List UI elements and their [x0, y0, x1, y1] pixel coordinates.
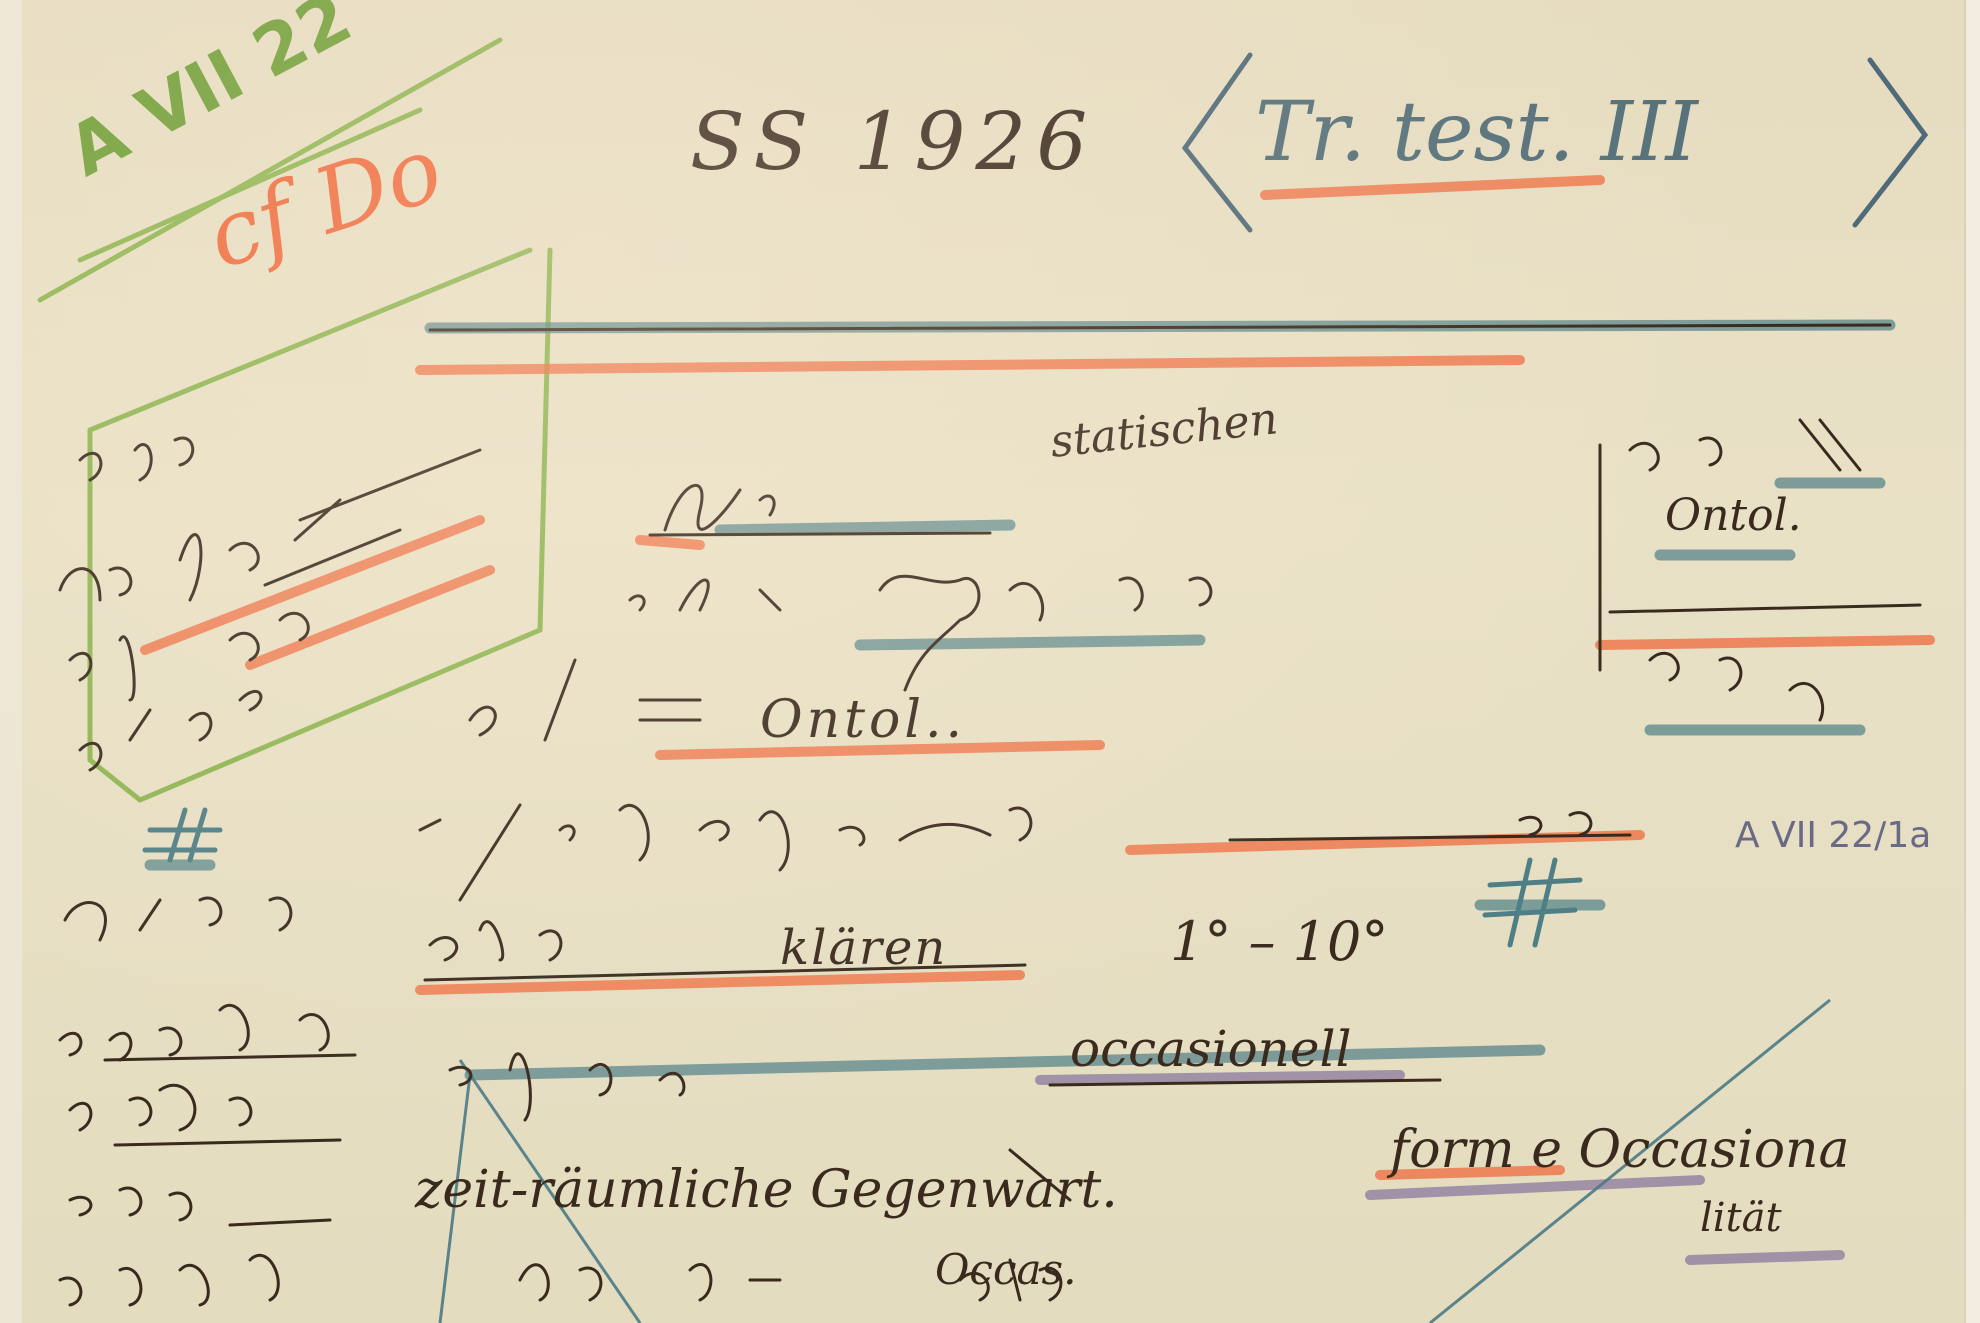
word-occasionell: occasionell	[1070, 1020, 1351, 1078]
hash-marks	[145, 810, 1580, 945]
word-klaeren: klären	[780, 920, 947, 976]
archive-number: A VII 22/1a	[1735, 815, 1931, 856]
semester-heading: SS 1926	[690, 95, 1097, 188]
paper-right-edge	[1964, 0, 1980, 1323]
manuscript-page: SS 1926 Tr. test. III A VII 22 cf Do A V…	[0, 0, 1980, 1323]
phrase-occasionalitaet-end: lität	[1700, 1195, 1782, 1241]
bracket-note: Tr. test. III	[1255, 85, 1698, 180]
pencil-markings	[0, 0, 1980, 1323]
green-stamp: A VII 22	[55, 0, 364, 192]
word-occas: Occas.	[935, 1245, 1076, 1294]
red-cf-note: cf Do	[195, 116, 454, 290]
range-label: 1° – 10°	[1170, 910, 1388, 973]
blue-pencil-strokes	[150, 325, 1890, 1075]
cross-out-lines	[440, 1000, 1830, 1323]
red-pencil-strokes	[145, 180, 1930, 1175]
word-ontol-side: Ontol.	[1665, 490, 1802, 541]
violet-pencil-strokes	[1040, 1075, 1840, 1260]
phrase-zeit-raeumlich: zeit-räumliche Gegenwart.	[415, 1160, 1118, 1220]
paper-left-edge	[0, 0, 22, 1323]
header-bracket	[1185, 55, 1925, 230]
ink-strokes	[60, 325, 1920, 1305]
word-statischen: statischen	[1048, 393, 1280, 468]
phrase-form-occasionalitaet: form e Occasiona	[1390, 1120, 1850, 1180]
word-ontol-main: Ontol..	[760, 690, 966, 750]
green-pencil-strokes	[40, 40, 550, 800]
